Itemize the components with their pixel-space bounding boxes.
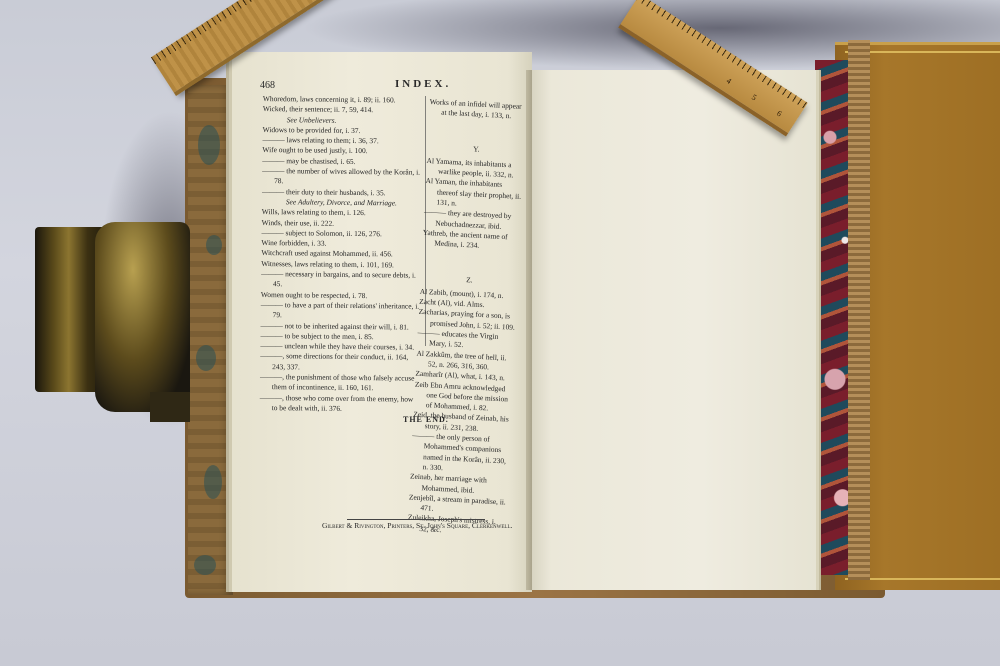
index-letter-y: Y. [427, 142, 525, 157]
book-gutter [526, 70, 532, 590]
index-subentry: ——— necessary in bargains, and to secure… [261, 269, 421, 291]
index-letter-z: Z. [420, 272, 518, 287]
index-entry: Zeib Ebn Amru acknowledged one God befor… [414, 379, 513, 415]
printer-imprint: Gilbert & Rivington, Printers, St. John'… [322, 521, 512, 530]
brass-bookend [35, 222, 190, 422]
index-subentry: ——— the only person of Mohammed's compan… [410, 431, 510, 477]
ruler-mark: 5 [750, 92, 758, 102]
index-column-1: Whoredom, laws concerning it, i. 89; ii.… [260, 94, 423, 415]
index-subentry: ———, those who come over from the enemy,… [260, 393, 420, 415]
page-number: 468 [260, 80, 275, 91]
index-subentry: ——— the number of wives allowed by the K… [262, 166, 422, 188]
right-page-blank [528, 70, 816, 590]
book-hinge [848, 40, 870, 580]
running-head: INDEX. [395, 78, 451, 90]
index-subentry: ———, the punishment of those who falsely… [260, 372, 420, 394]
index-entry: Al Yaman, the inhabitants thereof slay t… [424, 176, 523, 212]
bookend-foot [150, 392, 190, 422]
index-subentry: ——— to have a part of their relations' i… [261, 300, 421, 322]
imprint-rule [347, 519, 485, 520]
ruler-mark: 4 [725, 76, 733, 86]
book-leather-edge-left [188, 85, 233, 595]
the-end-text: THE END. [403, 415, 449, 424]
ruler-mark: 6 [775, 109, 783, 119]
bookend-figure [95, 222, 190, 412]
index-subentry: ———, some directions for their conduct, … [260, 351, 420, 373]
